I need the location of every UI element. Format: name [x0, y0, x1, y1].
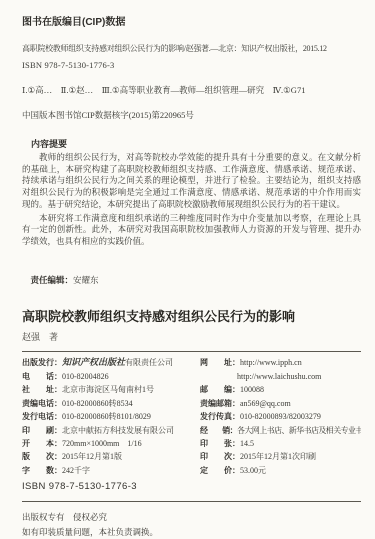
- address-label: 社 址：: [22, 385, 62, 394]
- divider-bottom: [22, 501, 361, 502]
- website-url-1: http://www.ipph.cn: [240, 358, 302, 367]
- editor-label: 责任编辑：: [31, 275, 74, 285]
- format-value: 720mm×1000mm 1/16: [62, 439, 142, 448]
- colophon-row-editor-contact: 责编电话：010-82000860转8534 责编邮箱：an569@qq.com: [22, 397, 361, 410]
- editor-line: 责任编辑：安耀东: [22, 274, 361, 286]
- cip-isbn: ISBN 978-7-5130-1776-3: [22, 60, 361, 70]
- colophon: 出版发行：知识产权出版社有限责任公司 网 址：http://www.ipph.c…: [22, 356, 361, 494]
- publisher-logotype: 知识产权出版社: [62, 358, 125, 368]
- colophon-row-distribution: 发行电话：010-82000860转8101/8029 发行传真：010-820…: [22, 410, 361, 423]
- book-copyright-page: 图书在版编目(CIP)数据 高职院校教师组织支持感对组织公民行为的影响/赵强著.…: [0, 0, 375, 539]
- abstract-heading: 内容提要: [22, 137, 361, 150]
- cip-classification: Ⅰ.①高… Ⅱ.①赵… Ⅲ.①高等职业教育—教师—组织管理—研究 Ⅳ.①G71: [22, 84, 361, 96]
- postcode-label: 邮 编：: [200, 385, 240, 394]
- editor-email-label: 责编邮箱：: [200, 399, 240, 408]
- phone-label: 电 话：: [22, 372, 62, 381]
- colophon-row-edition: 版 次：2015年12月第1版 印 次：2015年12月第1次印刷: [22, 450, 361, 463]
- phone-value: 010-82004826: [62, 372, 109, 381]
- address-value: 北京市海淀区马甸南村1号: [62, 385, 154, 394]
- footer-notices: 出版权专有 侵权必究 如有印装质量问题，本社负责调换。: [22, 510, 361, 539]
- cip-registry-number: 中国版本图书馆CIP数据核字(2015)第220965号: [22, 109, 361, 121]
- website-label: 网 址：: [200, 358, 240, 367]
- cip-heading: 图书在版编目(CIP)数据: [22, 13, 361, 28]
- sheets-value: 14.5: [240, 439, 254, 448]
- copyright-notice: 出版权专有 侵权必究: [22, 510, 361, 525]
- format-label: 开 本：: [22, 439, 62, 448]
- wordcount-label: 字 数：: [22, 466, 62, 475]
- divider-top: [22, 351, 361, 352]
- editor-name: 安耀东: [73, 275, 99, 285]
- printer-value: 北京中献拓方科技发展有限公司: [62, 426, 174, 435]
- colophon-row-publisher: 出版发行：知识产权出版社有限责任公司 网 址：http://www.ipph.c…: [22, 356, 361, 370]
- website-url-2: http://www.laichushu.com: [237, 372, 321, 381]
- colophon-isbn: ISBN 978-7-5130-1776-3: [22, 480, 361, 493]
- cip-entry-line: 高职院校教师组织支持感对组织公民行为的影响/赵强著.—北京：知识产权出版社，20…: [22, 43, 361, 54]
- dist-phone-value: 010-82000860转8101/8029: [62, 412, 151, 421]
- abstract-paragraph-1: 教师的组织公民行为，对高等院校办学效能的提升具有十分重要的意义。在文献分析的基础…: [22, 152, 361, 211]
- impression-label: 印 次：: [200, 452, 240, 461]
- seller-label: 经 销：: [200, 426, 237, 435]
- colophon-row-format: 开 本：720mm×1000mm 1/16 印 张：14.5: [22, 437, 361, 450]
- wordcount-value: 242千字: [62, 466, 90, 475]
- book-title: 高职院校教师组织支持感对组织公民行为的影响: [22, 306, 361, 325]
- editor-phone-label: 责编电话：: [22, 399, 62, 408]
- dist-fax-value: 010-82000893/82003279: [240, 412, 321, 421]
- editor-phone-value: 010-82000860转8534: [62, 399, 133, 408]
- colophon-row-printing: 印 刷：北京中献拓方科技发展有限公司 经 销：各大网上书店、新华书店及相关专业书…: [22, 424, 361, 437]
- publisher-label: 出版发行：: [22, 358, 62, 367]
- colophon-row-wordcount: 字 数：242千字 定 价：53.00元: [22, 464, 361, 477]
- book-author: 赵强 著: [22, 330, 361, 343]
- price-value: 53.00元: [240, 466, 266, 475]
- colophon-row-address: 社 址：北京市海淀区马甸南村1号 邮 编：100088: [22, 383, 361, 396]
- impression-value: 2015年12月第1次印刷: [240, 452, 316, 461]
- quality-notice: 如有印装质量问题，本社负责调换。: [22, 525, 361, 539]
- sheets-label: 印 张：: [200, 439, 240, 448]
- publisher-suffix: 有限责任公司: [125, 358, 173, 367]
- dist-fax-label: 发行传真：: [200, 412, 240, 421]
- seller-value: 各大网上书店、新华书店及相关专业书店: [237, 426, 361, 435]
- edition-value: 2015年12月第1版: [62, 452, 122, 461]
- printer-label: 印 刷：: [22, 426, 62, 435]
- price-label: 定 价：: [200, 466, 240, 475]
- dist-phone-label: 发行电话：: [22, 412, 62, 421]
- abstract-paragraph-2: 本研究将工作满意度和组织承诺的三种维度同时作为中介变量加以考察，在理论上具有一定…: [22, 213, 361, 248]
- postcode-value: 100088: [240, 385, 264, 394]
- colophon-row-phone: 电 话：010-82004826 http://www.laichushu.co…: [22, 370, 361, 383]
- edition-label: 版 次：: [22, 452, 62, 461]
- editor-email-value: an569@qq.com: [240, 399, 291, 408]
